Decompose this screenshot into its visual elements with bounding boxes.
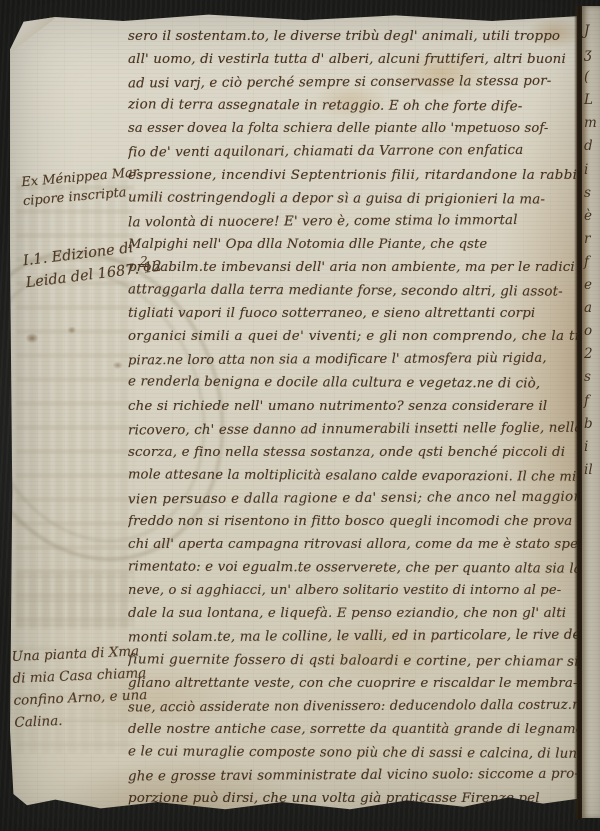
adjacent-page-fragment: 2 xyxy=(584,343,597,366)
manuscript-line: espressione, incendivi Septentrionis fil… xyxy=(128,164,577,187)
adjacent-page-fragment: o xyxy=(584,320,597,343)
manuscript-line: fiumi guernite fossero di qsti baloardi … xyxy=(128,648,577,673)
manuscript-line: vien persuaso e dalla ragione e da' sens… xyxy=(128,485,577,511)
manuscript-line: sero il sostentam.to, le diverse tribù d… xyxy=(128,25,577,48)
manuscript-line: porzione può dirsi, che una volta già pr… xyxy=(128,787,577,810)
manuscript-line: umili costringendogli a depor sì a guisa… xyxy=(128,186,577,211)
manuscript-line: monti solam.te, ma le colline, le valli,… xyxy=(128,624,577,650)
manuscript-line: ricovero, ch' esse danno ad innumerabili… xyxy=(128,416,577,442)
manuscript-line: ad usi varj, e ciò perché sempre si cons… xyxy=(128,70,577,96)
adjacent-page-fragment: r xyxy=(584,228,597,251)
manuscript-line: piraz.ne loro atta non sia a modificare … xyxy=(128,347,577,373)
manuscript-line: e le cui muraglie composte sono più che … xyxy=(128,740,577,765)
manuscript-line: sue, acciò assiderate non divenissero: d… xyxy=(128,693,577,719)
adjacent-page-fragment: J xyxy=(584,20,597,43)
adjacent-page-fragment xyxy=(584,759,597,782)
adjacent-page-fragment xyxy=(584,482,597,505)
manuscript-line: mole attesane la moltiplicità esalano ca… xyxy=(128,463,577,488)
adjacent-page-fragment: a xyxy=(584,297,597,320)
adjacent-page-text-fragments: Jʒ(Lmdisèrfeao2sfbiil xyxy=(584,20,597,805)
manuscript-line: organici simili a quei de' viventi; e gl… xyxy=(128,325,577,348)
adjacent-page-fragment: ( xyxy=(584,66,597,89)
manuscript-line: rimentato: e voi egualm.te osserverete, … xyxy=(128,555,577,580)
manuscript-line: neve, o si agghiacci, un' albero solitar… xyxy=(128,579,577,602)
manuscript-line: sa esser dovea la folta schiera delle pi… xyxy=(128,117,577,140)
manuscript-line: ghe e grosse travi somministrate dal vic… xyxy=(128,763,577,789)
manuscript-line: dale la sua lontana, e liquefà. E penso … xyxy=(128,602,577,625)
manuscript-line: attraggarla dalla terra mediante forse, … xyxy=(128,278,577,303)
adjacent-page-fragment: ʒ xyxy=(584,43,597,66)
manuscript-line: scorza, e fino nella stessa sostanza, on… xyxy=(128,441,577,464)
adjacent-page-fragment: m xyxy=(584,112,597,135)
manuscript-line: zion di terra assegnatale in retaggio. E… xyxy=(128,94,577,119)
adjacent-page-fragment xyxy=(584,574,597,597)
adjacent-page-fragment: i xyxy=(584,159,597,182)
photo-background: Ex Ménippea Mar.cipore inscripta I.1. Ed… xyxy=(0,0,600,831)
manuscript-line: chi all' aperta campagna ritrovasi allor… xyxy=(128,533,577,556)
adjacent-page-fragment: d xyxy=(584,135,597,158)
adjacent-page-fragment: il xyxy=(584,459,597,482)
adjacent-page-fragment: e xyxy=(584,274,597,297)
manuscript-line: all' uomo, di vestirla tutta d' alberi, … xyxy=(128,48,577,71)
manuscript-line: probabilm.te imbevansi dell' aria non am… xyxy=(128,256,577,279)
manuscript-line: che si richiede nell' umano nutrimento? … xyxy=(128,395,577,418)
adjacent-page-fragment xyxy=(584,713,597,736)
corner-fold xyxy=(10,13,62,53)
adjacent-page-fragment xyxy=(584,782,597,805)
adjacent-page-fragment xyxy=(584,551,597,574)
manuscript-line: gliano altrettante veste, con che cuopri… xyxy=(128,672,577,695)
adjacent-page-fragment xyxy=(584,736,597,759)
manuscript-line: e renderla benigna e docile alla cultura… xyxy=(128,371,577,396)
adjacent-page-fragment xyxy=(584,505,597,528)
manuscript-text-block: sero il sostentam.to, le diverse tribù d… xyxy=(128,25,577,810)
adjacent-page-fragment xyxy=(584,597,597,620)
adjacent-page-fragment xyxy=(584,620,597,643)
adjacent-page-fragment xyxy=(584,644,597,667)
manuscript-line: tigliati vapori il fuoco sotterraneo, e … xyxy=(128,302,577,325)
adjacent-page-fragment xyxy=(584,690,597,713)
adjacent-page-fragment: i xyxy=(584,436,597,459)
manuscript-line: freddo non si risentono in fitto bosco q… xyxy=(128,510,577,533)
adjacent-page-fragment: f xyxy=(584,390,597,413)
manuscript-line: fio de' venti aquilonari, chiamati da Va… xyxy=(128,139,577,165)
adjacent-page-fragment: L xyxy=(584,89,597,112)
adjacent-page-fragment: b xyxy=(584,413,597,436)
adjacent-page-fragment: s xyxy=(584,182,597,205)
manuscript-line: la volontà di nuocere! E' vero è, come s… xyxy=(128,208,577,234)
adjacent-page-fragment xyxy=(584,528,597,551)
adjacent-page-fragment xyxy=(584,667,597,690)
adjacent-page-edge: Jʒ(Lmdisèrfeao2sfbiil xyxy=(582,6,600,818)
manuscript-line: delle nostre antiche case, sorrette da q… xyxy=(128,718,577,741)
manuscript-page: Ex Ménippea Mar.cipore inscripta I.1. Ed… xyxy=(10,13,577,810)
adjacent-page-fragment: s xyxy=(584,366,597,389)
adjacent-page-fragment: è xyxy=(584,205,597,228)
adjacent-page-fragment: f xyxy=(584,251,597,274)
manuscript-line: Malpighi nell' Opa dlla Notomia dlle Pia… xyxy=(128,233,577,256)
